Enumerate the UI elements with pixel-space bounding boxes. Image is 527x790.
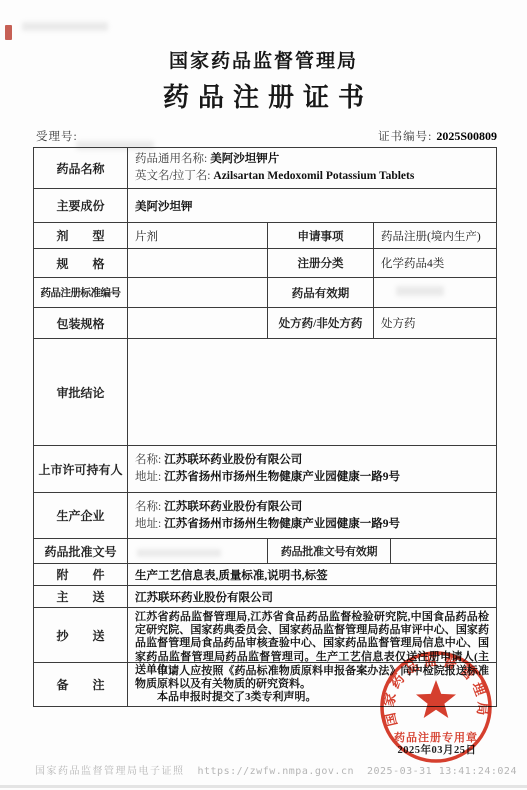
- mah-name-label: 名称:: [135, 454, 161, 466]
- manufacturer-addr-value: 江苏省扬州市扬州生物健康产业园健康一路9号: [164, 518, 400, 530]
- approval-conclusion-value: [128, 339, 496, 445]
- approval-no-validity-label: 药品批准文号有效期: [268, 539, 391, 563]
- manufacturer-addr-label: 地址:: [135, 518, 161, 530]
- page-bottom-edge: [0, 785, 527, 788]
- specification-label: 规 格: [34, 249, 128, 277]
- english-name-value: Azilsartan Medoxomil Potassium Tablets: [213, 170, 414, 182]
- acceptance-no-label: 受理号:: [36, 128, 78, 144]
- specification-value: [128, 249, 268, 277]
- attachments-label: 附 件: [34, 564, 128, 585]
- registration-category-value: 化学药品4类: [374, 249, 496, 277]
- certificate-page: 国家药品监督管理局 药品注册证书 受理号: 证书编号:2025S00809 药品…: [0, 0, 527, 790]
- table-row: 生产企业 名称:江苏联环药业股份有限公司 地址:江苏省扬州市扬州生物健康产业园健…: [34, 493, 496, 539]
- official-seal: 国家药品监督管理局 药品注册专用章: [366, 637, 506, 777]
- table-row: 药品名称 药品通用名称:美阿沙坦钾片 英文名/拉丁名:Azilsartan Me…: [34, 148, 496, 189]
- approval-conclusion-label: 审批结论: [34, 339, 128, 445]
- standard-no-value: [128, 278, 268, 307]
- redaction-smudge: [137, 549, 221, 557]
- table-row: 主 送 江苏联环药业股份有限公司: [34, 586, 496, 608]
- table-row: 附 件 生产工艺信息表,质量标准,说明书,标签: [34, 564, 496, 586]
- redaction-smudge: [396, 286, 444, 296]
- red-corner-mark: [5, 25, 12, 40]
- rx-otc-label: 处方药/非处方药: [268, 308, 374, 338]
- manufacturer-name-value: 江苏联环药业股份有限公司: [164, 501, 302, 513]
- package-spec-value: [128, 308, 268, 338]
- approval-no-label: 药品批准文号: [34, 539, 128, 563]
- generic-name-label: 药品通用名称:: [135, 153, 207, 165]
- cc-label: 抄 送: [34, 608, 128, 662]
- application-item-value: 药品注册(境内生产): [374, 223, 496, 248]
- certificate-no-label: 证书编号:: [378, 131, 432, 143]
- table-row: 药品批准文号 药品批准文号有效期: [34, 539, 496, 564]
- drug-name-value: 药品通用名称:美阿沙坦钾片 英文名/拉丁名:Azilsartan Medoxom…: [128, 148, 496, 188]
- mah-name-value: 江苏联环药业股份有限公司: [164, 454, 302, 466]
- certificate-no: 证书编号:2025S00809: [378, 128, 497, 144]
- generic-name-value: 美阿沙坦钾片: [210, 153, 279, 165]
- attachments-value: 生产工艺信息表,质量标准,说明书,标签: [128, 564, 496, 585]
- main-ingredient-label: 主要成份: [34, 189, 128, 222]
- main-recipient-label: 主 送: [34, 586, 128, 607]
- footer-issuer: 国家药品监督管理局电子证照: [35, 762, 185, 777]
- table-row: 主要成份 美阿沙坦钾: [34, 189, 496, 223]
- certificate-no-value: 2025S00809: [436, 129, 497, 143]
- footer: 国家药品监督管理局电子证照 https://zwfw.nmpa.gov.cn 2…: [35, 762, 517, 777]
- drug-validity-label: 药品有效期: [268, 278, 374, 307]
- manufacturer-value: 名称:江苏联环药业股份有限公司 地址:江苏省扬州市扬州生物健康产业园健康一路9号: [128, 493, 496, 538]
- main-ingredient-value: 美阿沙坦钾: [128, 189, 496, 222]
- table-row: 规 格 注册分类 化学药品4类: [34, 249, 496, 278]
- drug-name-label: 药品名称: [34, 148, 128, 188]
- remarks-line-2: 本品申报时提交了3类专利声明。: [135, 691, 317, 704]
- standard-no-label: 药品注册标准编号: [34, 278, 128, 307]
- main-recipient-value: 江苏联环药业股份有限公司: [128, 586, 496, 607]
- mah-value: 名称:江苏联环药业股份有限公司 地址:江苏省扬州市扬州生物健康产业园健康一路9号: [128, 446, 496, 492]
- approval-no-validity-value: [391, 539, 496, 563]
- registration-category-label: 注册分类: [268, 249, 374, 277]
- rx-otc-value: 处方药: [374, 308, 496, 338]
- application-item-label: 申请事项: [268, 223, 374, 248]
- page-title: 药品注册证书: [0, 77, 527, 114]
- package-spec-label: 包装规格: [34, 308, 128, 338]
- mah-addr-label: 地址:: [135, 471, 161, 483]
- manufacturer-name-label: 名称:: [135, 501, 161, 513]
- footer-url: https://zwfw.nmpa.gov.cn: [198, 766, 355, 777]
- scan-artifact-smudge: [22, 22, 108, 31]
- dosage-form-label: 剂 型: [34, 223, 128, 248]
- table-row: 审批结论: [34, 339, 496, 446]
- table-row: 剂 型 片剂 申请事项 药品注册(境内生产): [34, 223, 496, 249]
- mah-label: 上市许可持有人: [34, 446, 128, 492]
- seal-bottom-text: 药品注册专用章: [394, 730, 478, 744]
- footer-timestamp: 2025-03-31 13:41:24:024: [367, 766, 517, 777]
- seal-star-icon: [416, 680, 456, 718]
- table-row: 上市许可持有人 名称:江苏联环药业股份有限公司 地址:江苏省扬州市扬州生物健康产…: [34, 446, 496, 493]
- dosage-form-value: 片剂: [128, 223, 268, 248]
- certificate-table: 药品名称 药品通用名称:美阿沙坦钾片 英文名/拉丁名:Azilsartan Me…: [33, 147, 497, 707]
- mah-addr-value: 江苏省扬州市扬州生物健康产业园健康一路9号: [164, 471, 400, 483]
- english-name-label: 英文名/拉丁名:: [135, 170, 210, 182]
- manufacturer-label: 生产企业: [34, 493, 128, 538]
- remarks-label: 备 注: [34, 663, 128, 706]
- issuer-title: 国家药品监督管理局: [0, 46, 527, 73]
- table-row: 包装规格 处方药/非处方药 处方药: [34, 308, 496, 339]
